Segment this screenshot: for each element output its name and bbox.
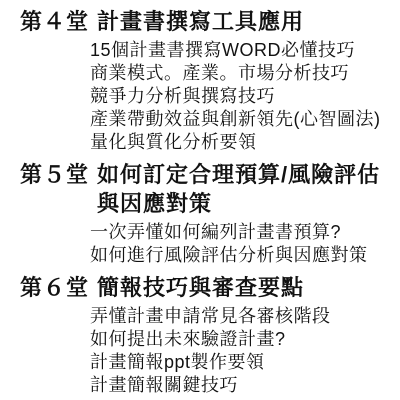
lesson-5-title-line: 如何訂定合理預算/風險評估	[97, 160, 380, 189]
lesson-4-title-line: 計畫書撰寫工具應用	[97, 7, 304, 36]
lesson-6-number: 第６堂	[20, 273, 89, 302]
lesson-6-item-list: 弄懂計畫申請常見各審核階段 如何提出未來驗證計畫? 計畫簡報ppt製作要領 計畫…	[90, 305, 396, 397]
lesson-5-title: 如何訂定合理預算/風險評估 與因應對策	[97, 160, 380, 218]
lesson-6-title: 簡報技巧與審查要點	[97, 273, 304, 302]
lesson-5-number: 第５堂	[20, 160, 89, 189]
list-item: 量化與質化分析要領	[90, 131, 396, 154]
list-item: 產業帶動效益與創新領先(心智圖法)	[90, 108, 396, 131]
list-item: 15個計畫書撰寫WORD必懂技巧	[90, 39, 396, 62]
lesson-5-heading: 第５堂 如何訂定合理預算/風險評估 與因應對策	[20, 160, 396, 218]
lesson-4-title: 計畫書撰寫工具應用	[97, 7, 304, 36]
list-item: 弄懂計畫申請常見各審核階段	[90, 305, 396, 328]
list-item: 計畫簡報關鍵技巧	[90, 374, 396, 397]
list-item: 一次弄懂如何編列計畫書預算?	[90, 221, 396, 244]
course-outline-document: 第４堂 計畫書撰寫工具應用 15個計畫書撰寫WORD必懂技巧 商業模式。產業。市…	[0, 0, 400, 400]
section-lesson-4: 第４堂 計畫書撰寫工具應用 15個計畫書撰寫WORD必懂技巧 商業模式。產業。市…	[20, 7, 396, 154]
list-item: 計畫簡報ppt製作要領	[90, 351, 396, 374]
lesson-5-item-list: 一次弄懂如何編列計畫書預算? 如何進行風險評估分析與因應對策	[90, 221, 396, 267]
section-lesson-5: 第５堂 如何訂定合理預算/風險評估 與因應對策 一次弄懂如何編列計畫書預算? 如…	[20, 160, 396, 267]
list-item: 如何進行風險評估分析與因應對策	[90, 244, 396, 267]
section-lesson-6: 第６堂 簡報技巧與審查要點 弄懂計畫申請常見各審核階段 如何提出未來驗證計畫? …	[20, 273, 396, 397]
lesson-6-heading: 第６堂 簡報技巧與審查要點	[20, 273, 396, 302]
lesson-4-number: 第４堂	[20, 7, 89, 36]
list-item: 如何提出未來驗證計畫?	[90, 328, 396, 351]
lesson-6-title-line: 簡報技巧與審查要點	[97, 273, 304, 302]
lesson-4-heading: 第４堂 計畫書撰寫工具應用	[20, 7, 396, 36]
list-item: 競爭力分析與撰寫技巧	[90, 85, 396, 108]
lesson-4-item-list: 15個計畫書撰寫WORD必懂技巧 商業模式。產業。市場分析技巧 競爭力分析與撰寫…	[90, 39, 396, 154]
list-item: 商業模式。產業。市場分析技巧	[90, 62, 396, 85]
lesson-5-title-line: 與因應對策	[97, 189, 380, 218]
